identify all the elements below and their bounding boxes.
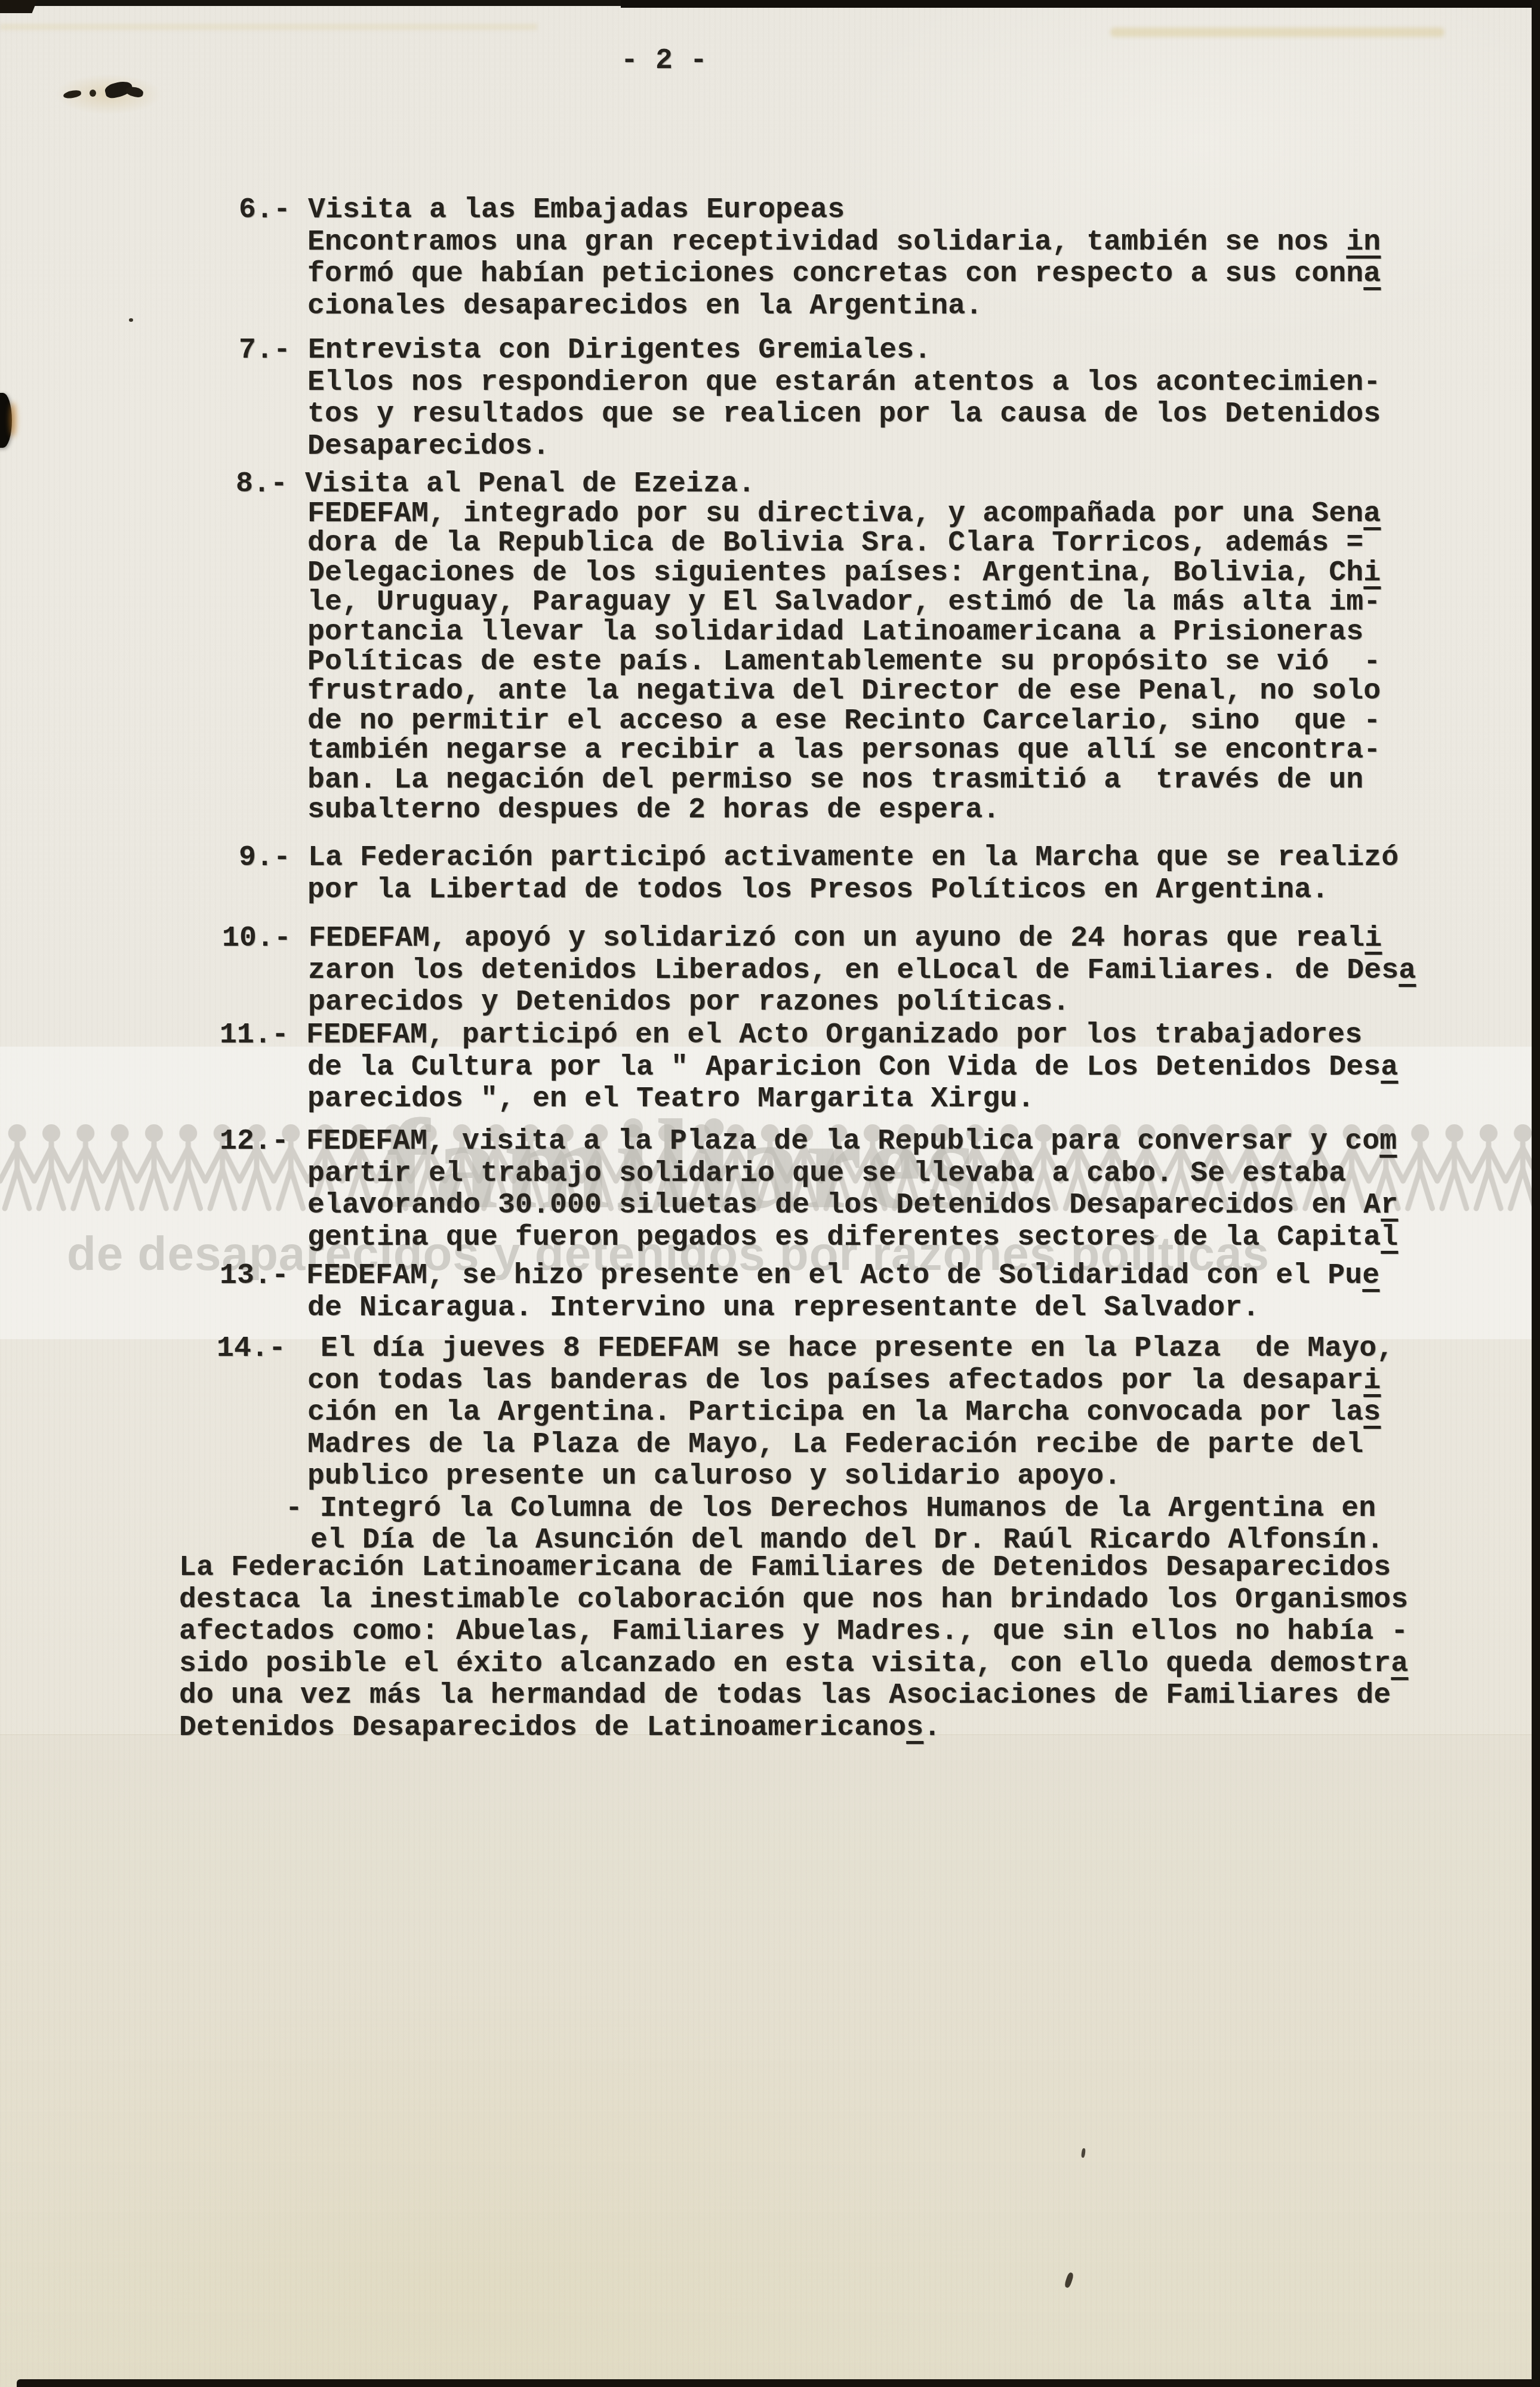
ink-smudge — [104, 79, 134, 100]
report-item-13: 13.- FEDEFAM, se hizo presente en el Act… — [220, 1260, 1379, 1324]
typed-line: partir el trabajo solidario que se lleva… — [307, 1158, 1398, 1191]
typed-line: también negarse a recibir a las personas… — [307, 736, 1381, 766]
report-item-7: 7.- Entrevista con Dirigentes Gremiales.… — [239, 335, 1381, 463]
typed-line: de Nicaragua. Intervino una representant… — [307, 1293, 1379, 1325]
underlined-syllable: r — [1381, 1189, 1398, 1222]
typed-line: portancia llevar la solidaridad Latinoam… — [307, 618, 1381, 648]
typed-line: por la Libertad de todos los Presos Polí… — [307, 875, 1399, 907]
text-segment: sido posible el éxito alcanzado en esta … — [179, 1648, 1391, 1680]
report-item-6: 6.- Visita a las Embajadas EuropeasEncon… — [239, 195, 1381, 322]
typed-line: - Integró la Columna de los Derechos Hum… — [285, 1493, 1394, 1525]
page-number: - 2 - — [621, 45, 707, 78]
typed-line: La Federación Latinoamericana de Familia… — [179, 1552, 1408, 1585]
typed-line: 11.- FEDEFAM, participó en el Acto Organ… — [220, 1020, 1398, 1052]
typed-line: Ellos nos respondieron que estarán atent… — [307, 367, 1381, 399]
ink-smudge — [63, 90, 81, 99]
text-segment: FEDEFAM, integrado por su directiva, y a… — [307, 498, 1363, 530]
typed-line: elavorando 30.000 siluetas de los Deteni… — [307, 1190, 1398, 1222]
report-item-8: 8.- Visita al Penal de Ezeiza.FEDEFAM, i… — [236, 470, 1381, 825]
text-segment: publico presente un caluroso y solidario… — [307, 1460, 1121, 1493]
ink-smudge — [90, 90, 96, 97]
underlined-syllable: a — [1363, 258, 1381, 290]
typed-line: Desaparecidos. — [307, 431, 1381, 463]
paper-stain-streak — [1110, 27, 1444, 37]
text-segment: 8.- Visita al Penal de Ezeiza. — [236, 468, 755, 500]
typed-line: do una vez más la hermandad de todas las… — [179, 1680, 1408, 1712]
typed-line: tos y resultados que se realicen por la … — [307, 399, 1381, 431]
typed-line: Detenidos Desaparecidos de Latinoamerica… — [179, 1712, 1408, 1745]
underlined-syllable: s — [1363, 1396, 1381, 1429]
text-segment: portancia llevar la solidaridad Latinoam… — [307, 616, 1363, 648]
text-segment: 7.- Entrevista con Dirigentes Gremiales. — [239, 334, 931, 367]
typed-line: FEDEFAM, integrado por su directiva, y a… — [307, 500, 1381, 530]
text-segment: dora de la Republica de Bolivia Sra. Cla… — [307, 527, 1363, 559]
typed-line: formó que habían peticiones concretas co… — [307, 259, 1381, 291]
text-segment: 11.- FEDEFAM, participó en el Acto Organ… — [220, 1019, 1362, 1051]
typed-line: sido posible el éxito alcanzado en esta … — [179, 1648, 1408, 1681]
text-segment: Ellos nos respondieron que estarán atent… — [307, 367, 1381, 399]
text-segment: con todas las banderas de los países afe… — [307, 1365, 1363, 1397]
text-segment: Madres de la Plaza de Mayo, La Federació… — [307, 1429, 1363, 1461]
text-segment: le, Uruguay, Paraguay y El Salvador, est… — [307, 586, 1381, 619]
scan-edge-top — [0, 0, 1540, 6]
underlined-syllable: a — [1363, 498, 1381, 530]
typed-line: 12.- FEDEFAM, visita a la Plaza de la Re… — [220, 1126, 1398, 1158]
typed-line: ban. La negación del permiso se nos tras… — [307, 766, 1381, 796]
underlined-syllable: s — [906, 1712, 923, 1744]
typed-line: 10.- FEDEFAM, apoyó y solidarizó con un … — [222, 923, 1416, 955]
typed-line: destaca la inestimable colaboración que … — [179, 1585, 1408, 1617]
typed-line: parecidos ", en el Teatro Margarita Xirg… — [307, 1084, 1398, 1116]
underlined-syllable: a — [1381, 1051, 1398, 1084]
text-segment: zaron los detenidos Liberados, en elLoca… — [308, 955, 1399, 987]
text-segment: Delegaciones de los siguientes países: A… — [307, 557, 1363, 589]
text-segment: frustrado, ante la negativa del Director… — [307, 675, 1381, 708]
ink-stain — [55, 74, 162, 115]
typed-line: de no permitir el acceso a ese Recinto C… — [307, 707, 1381, 737]
text-segment: parecidos y Detenidos por razones políti… — [308, 986, 1070, 1019]
typed-line: frustrado, ante la negativa del Director… — [307, 677, 1381, 707]
report-item-11: 11.- FEDEFAM, participó en el Acto Organ… — [220, 1020, 1398, 1116]
ink-speck — [129, 318, 133, 322]
typed-line: 6.- Visita a las Embajadas Europeas — [239, 195, 1381, 227]
typed-line: le, Uruguay, Paraguay y El Salvador, est… — [307, 588, 1381, 618]
typed-line: Delegaciones de los siguientes países: A… — [307, 559, 1381, 589]
typed-line: 14.- El día jueves 8 FEDEFAM se hace pre… — [217, 1333, 1394, 1365]
typed-line: ción en la Argentina. Participa en la Ma… — [307, 1397, 1394, 1429]
underlined-syllable: a — [1399, 955, 1416, 987]
typed-line: 9.- La Federación participó activamente … — [239, 842, 1399, 875]
typed-line: afectados como: Abuelas, Familiares y Ma… — [179, 1616, 1408, 1648]
text-segment: 9.- La Federación participó activamente … — [239, 842, 1399, 874]
text-segment: 13.- FEDEFAM, se hizo presente en el Act… — [220, 1260, 1362, 1292]
scan-left-blot-fringe — [10, 402, 17, 437]
text-segment: partir el trabajo solidario que se lleva… — [307, 1158, 1346, 1190]
underlined-syllable: in — [1346, 226, 1381, 259]
report-item-10: 10.- FEDEFAM, apoyó y solidarizó con un … — [222, 923, 1416, 1019]
text-segment: de Nicaragua. Intervino una representant… — [307, 1292, 1259, 1324]
typed-line: Madres de la Plaza de Mayo, La Federació… — [307, 1429, 1394, 1462]
underlined-syllable: i — [1363, 557, 1381, 589]
underlined-syllable: a — [1391, 1648, 1408, 1680]
report-item-9: 9.- La Federación participó activamente … — [239, 842, 1399, 906]
typed-line: 8.- Visita al Penal de Ezeiza. — [236, 470, 1381, 500]
text-segment: 10.- FEDEFAM, apoyó y solidarizó con un … — [222, 922, 1365, 955]
underlined-syllable: e — [1362, 1260, 1379, 1292]
paper-stain-streak — [0, 24, 537, 30]
underlined-syllable: l — [1381, 1222, 1398, 1254]
text-segment: tos y resultados que se realicen por la … — [307, 398, 1381, 430]
text-segment: parecidos ", en el Teatro Margarita Xirg… — [307, 1083, 1034, 1115]
text-segment: Desaparecidos. — [307, 430, 550, 463]
text-segment: cionales desaparecidos en la Argentina. — [307, 290, 982, 322]
text-segment: Encontramos una gran receptividad solida… — [307, 226, 1346, 259]
text-segment: ban. La negación del permiso se nos tras… — [307, 764, 1363, 796]
underlined-syllable: m — [1379, 1125, 1397, 1158]
report-item-14: 14.- El día jueves 8 FEDEFAM se hace pre… — [217, 1333, 1394, 1557]
typed-line: Políticas de este país. Lamentablemente … — [307, 648, 1381, 678]
text-segment: subalterno despues de 2 horas de espera. — [307, 794, 1000, 826]
typed-line: 13.- FEDEFAM, se hizo presente en el Act… — [220, 1260, 1379, 1293]
scan-edge-top-right — [621, 0, 1540, 8]
text-segment: de no permitir el acceso a ese Recinto C… — [307, 705, 1381, 737]
typed-line: de la Cultura por la " Aparicion Con Vid… — [307, 1052, 1398, 1084]
text-segment: do una vez más la hermandad de todas las… — [179, 1679, 1391, 1712]
typed-line: gentina que fueron pegados es diferentes… — [307, 1222, 1398, 1254]
typed-line: subalterno despues de 2 horas de espera. — [307, 796, 1381, 826]
typed-line: Encontramos una gran receptividad solida… — [307, 227, 1381, 259]
text-segment: elavorando 30.000 siluetas de los Deteni… — [307, 1189, 1381, 1222]
scan-tone-band — [0, 1734, 1540, 2387]
text-segment: formó que habían peticiones concretas co… — [307, 258, 1363, 290]
text-segment: por la Libertad de todos los Presos Polí… — [307, 874, 1329, 906]
text-segment: 12.- FEDEFAM, visita a la Plaza de la Re… — [220, 1125, 1379, 1158]
typed-line: publico presente un caluroso y solidario… — [307, 1461, 1394, 1493]
report-item-12: 12.- FEDEFAM, visita a la Plaza de la Re… — [220, 1126, 1398, 1254]
typed-line: 7.- Entrevista con Dirigentes Gremiales. — [239, 335, 1381, 367]
typed-line: parecidos y Detenidos por razones políti… — [308, 987, 1416, 1019]
text-segment: 14.- El día jueves 8 FEDEFAM se hace pre… — [217, 1333, 1394, 1365]
typed-line: zaron los detenidos Liberados, en elLoca… — [308, 955, 1416, 988]
scan-corner-mark — [0, 0, 37, 13]
text-segment: La Federación Latinoamericana de Familia… — [179, 1552, 1391, 1584]
typed-line: con todas las banderas de los países afe… — [307, 1365, 1394, 1398]
typed-line: cionales desaparecidos en la Argentina. — [307, 291, 1381, 323]
closing-paragraph: La Federación Latinoamericana de Familia… — [179, 1552, 1408, 1744]
text-segment: destaca la inestimable colaboración que … — [179, 1584, 1408, 1616]
text-segment: 6.- Visita a las Embajadas Europeas — [239, 194, 845, 226]
scanned-document-page: familiares de desaparecidos y detenidos … — [0, 0, 1540, 2387]
text-segment: Detenidos Desaparecidos de Latinoamerica… — [179, 1712, 906, 1744]
underlined-syllable: i — [1363, 1365, 1381, 1397]
text-segment: Políticas de este país. Lamentablemente … — [307, 646, 1381, 678]
text-segment: de la Cultura por la " Aparicion Con Vid… — [307, 1051, 1381, 1084]
text-segment: afectados como: Abuelas, Familiares y Ma… — [179, 1616, 1408, 1648]
text-segment: también negarse a recibir a las personas… — [307, 734, 1381, 767]
ink-smudge — [125, 86, 144, 99]
text-segment: gentina que fueron pegados es diferentes… — [307, 1222, 1381, 1254]
text-segment: - Integró la Columna de los Derechos Hum… — [285, 1493, 1376, 1525]
underlined-syllable: i — [1365, 922, 1382, 955]
scan-left-blot — [0, 393, 12, 448]
typed-line: dora de la Republica de Bolivia Sra. Cla… — [307, 529, 1381, 559]
text-segment: ción en la Argentina. Participa en la Ma… — [307, 1396, 1363, 1429]
text-segment: . — [923, 1712, 941, 1744]
